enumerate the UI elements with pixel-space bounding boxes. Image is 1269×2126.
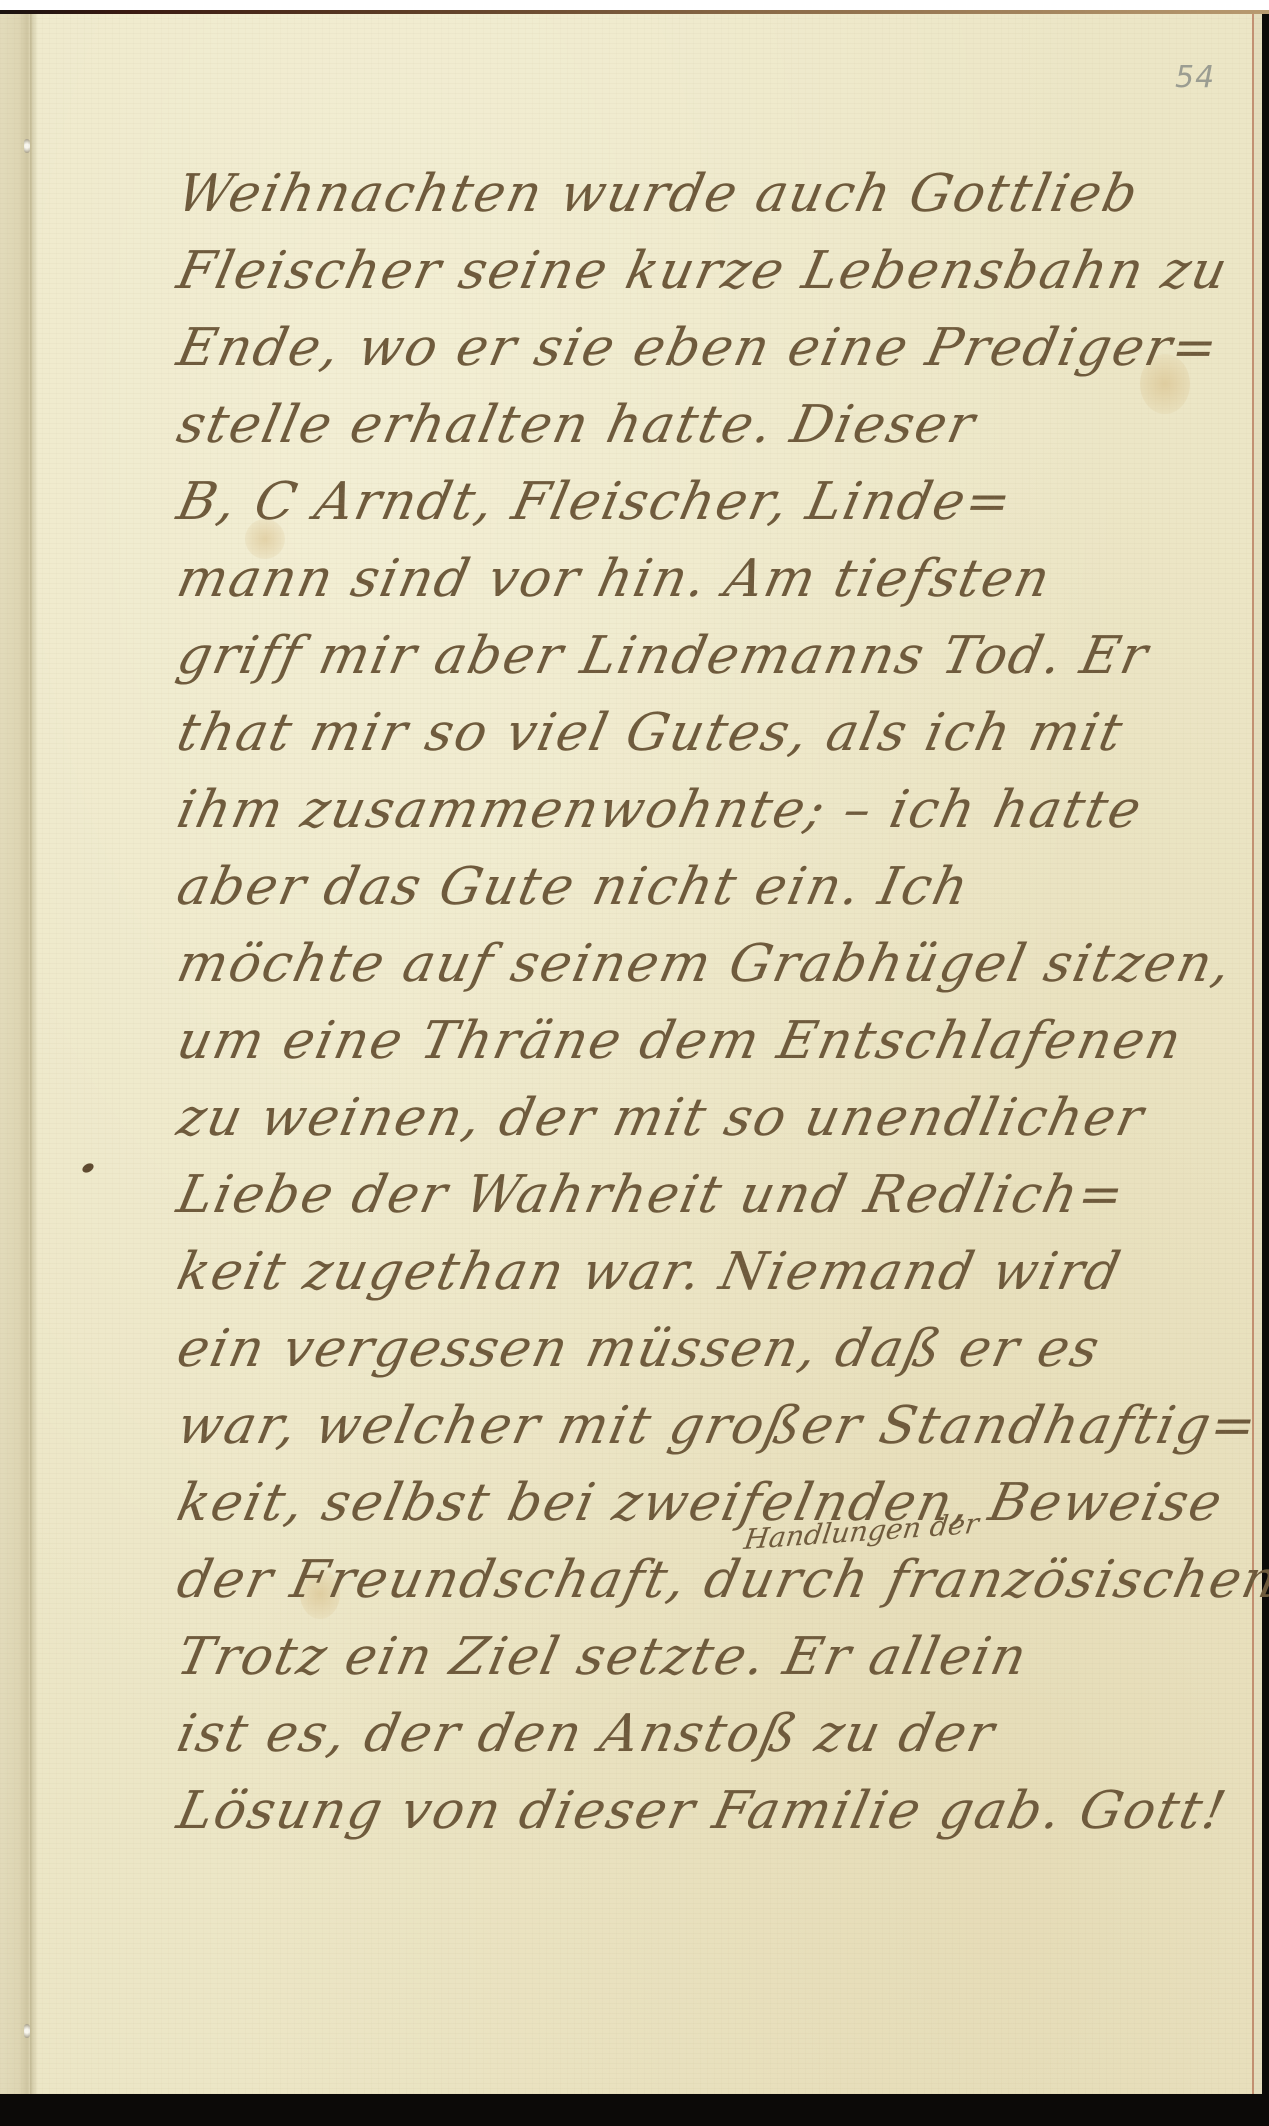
manuscript-line: war, welcher mit großer Standhaftig= [172,1396,1263,1456]
manuscript-line: Fleischer seine kurze Lebensbahn zu [172,241,1234,301]
manuscript-line: ihm zusammenwohnte; – ich hatte [172,780,1148,840]
binding-gutter [0,14,32,2094]
binding-stitch-hole [24,139,30,153]
manuscript-line: B, C Arndt, Fleischer, Linde= [172,472,1018,532]
manuscript-line: mann sind vor hin. Am tiefsten [172,549,1057,609]
manuscript-line: Liebe der Wahrheit und Redlich= [172,1165,1131,1225]
top-scan-margin [0,0,1269,10]
manuscript-line: Lösung von dieser Familie gab. Gott! [172,1781,1233,1841]
manuscript-line: Ende, wo er sie eben eine Prediger= [172,318,1225,378]
page-right-margin [1254,14,1262,2094]
folio-number: 54 [1175,60,1215,95]
manuscript-page: 54 Weihnachten wurde auch Gottlieb Fleis… [0,14,1262,2094]
manuscript-line: stelle erhalten hatte. Dieser [172,395,982,455]
manuscript-line: griff mir aber Lindemanns Tod. Er [172,626,1155,686]
manuscript-line: ist es, der den Anstoß zu der [172,1704,1001,1764]
manuscript-line: möchte auf seinem Grabhügel sitzen, [172,934,1238,994]
scanned-page-background: 54 Weihnachten wurde auch Gottlieb Fleis… [0,0,1269,2126]
binding-stitch-hole [24,2024,30,2038]
manuscript-line: der Freundschaft, durch französischen [172,1550,1269,1610]
manuscript-line: keit zugethan war. Niemand wird [172,1242,1127,1302]
manuscript-line: um eine Thräne dem Entschlafenen [172,1011,1188,1071]
manuscript-line: aber das Gute nicht ein. Ich [172,857,975,917]
page-edge-line [1252,14,1254,2094]
manuscript-line: keit, selbst bei zweifelnden, Beweise [172,1473,1229,1533]
manuscript-line: Weihnachten wurde auch Gottlieb [172,164,1145,224]
gutter-fold-shadow [30,14,38,2094]
manuscript-line: Trotz ein Ziel setzte. Er allein [172,1627,1034,1687]
manuscript-line: that mir so viel Gutes, als ich mit [172,703,1129,763]
margin-ink-mark [81,1162,95,1175]
manuscript-line: ein vergessen müssen, daß er es [172,1319,1106,1379]
manuscript-line: zu weinen, der mit so unendlicher [172,1088,1150,1148]
